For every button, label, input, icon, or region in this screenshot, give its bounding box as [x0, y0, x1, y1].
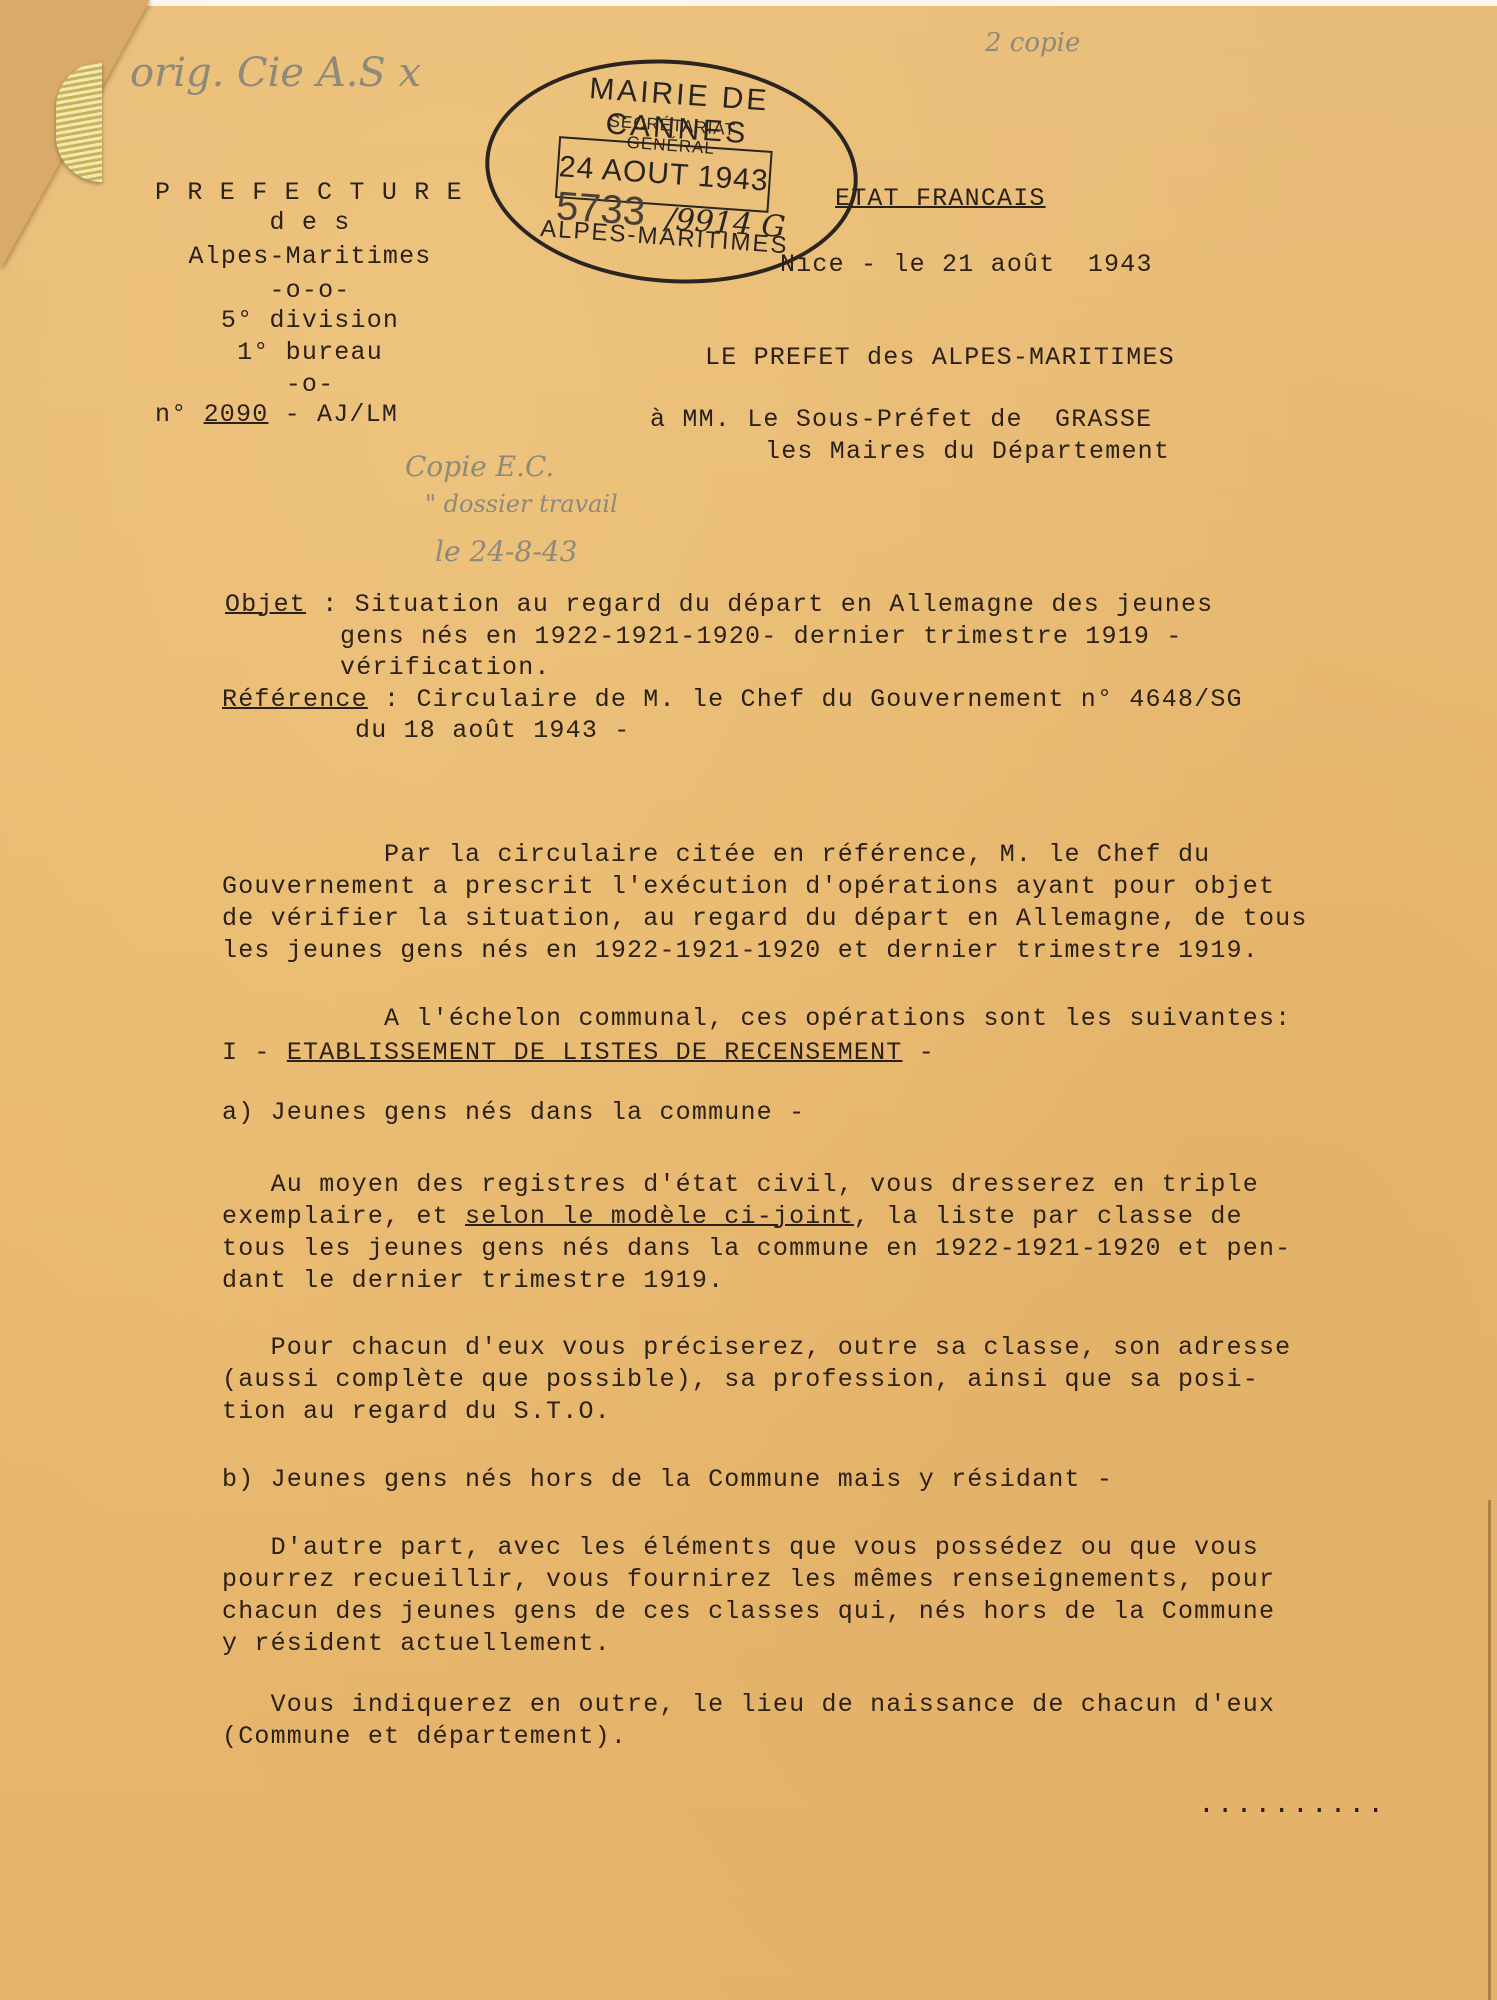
body-p5-line-2: pourrez recueillir, vous fournirez les m…: [222, 1565, 1275, 1594]
underlined-model-text: selon le modèle ci-joint: [465, 1202, 854, 1231]
body-p6-line-2: (Commune et département).: [222, 1722, 627, 1751]
prefecture-department: Alpes-Maritimes: [150, 242, 470, 271]
pencil-note-date: le 24-8-43: [435, 535, 577, 568]
separator: -o-o-: [150, 276, 470, 305]
subsection-a: a) Jeunes gens nés dans la commune -: [222, 1098, 805, 1127]
body-p3-line-1: Au moyen des registres d'état civil, vou…: [222, 1170, 1259, 1199]
objet-line-2: gens nés en 1922-1921-1920- dernier trim…: [340, 622, 1183, 651]
body-p1-line-1: Par la circulaire citée en référence, M.…: [222, 840, 1210, 869]
body-p6-line-1: Vous indiquerez en outre, le lieu de nai…: [222, 1690, 1275, 1719]
objet-text: Situation au regard du départ en Allemag…: [355, 590, 1214, 619]
body-p5-line-1: D'autre part, avec les éléments que vous…: [222, 1533, 1259, 1562]
objet-label: Objet: [225, 590, 306, 619]
section-title: ETABLISSEMENT DE LISTES DE RECENSEMENT: [287, 1038, 903, 1067]
section-heading: I - ETABLISSEMENT DE LISTES DE RECENSEME…: [222, 1038, 935, 1067]
etat-francais: ETAT FRANCAIS: [835, 184, 1046, 213]
ref-prefix: n°: [155, 400, 187, 429]
pencil-note-copy-ec: Copie E.C.: [405, 450, 554, 483]
text: exemplaire, et: [222, 1202, 465, 1231]
reference-label: Référence: [222, 685, 368, 714]
text: , la liste par classe de: [854, 1202, 1243, 1231]
place-date: Nice - le 21 août 1943: [780, 250, 1153, 279]
recipient-line-1: à MM. Le Sous-Préfet de GRASSE: [650, 405, 1152, 434]
body-p2: A l'échelon communal, ces opérations son…: [222, 1004, 1291, 1033]
continuation-dots: ..........: [1198, 1790, 1386, 1821]
recipient-line-2: les Maires du Département: [765, 437, 1170, 466]
body-p5-line-4: y résident actuellement.: [222, 1629, 611, 1658]
scan-top-edge: [110, 0, 1497, 6]
pencil-note-orig: orig. Cie A.S x: [130, 50, 421, 96]
page-edge: [1488, 1500, 1491, 2000]
reference-number: n° 2090 - AJ/LM: [155, 400, 398, 429]
body-p4-line-1: Pour chacun d'eux vous préciserez, outre…: [222, 1333, 1291, 1362]
section-dash: -: [903, 1038, 935, 1067]
bureau: 1° bureau: [150, 338, 470, 367]
separator: -o-: [150, 370, 470, 399]
ref-suffix: - AJ/LM: [285, 400, 398, 429]
sep: :: [368, 685, 417, 714]
reference-text: Circulaire de M. le Chef du Gouvernement…: [416, 685, 1242, 714]
division: 5° division: [150, 306, 470, 335]
body-p4-line-2: (aussi complète que possible), sa profes…: [222, 1365, 1259, 1394]
body-p3-line-3: tous les jeunes gens nés dans la commune…: [222, 1234, 1291, 1263]
body-p3-line-2: exemplaire, et selon le modèle ci-joint,…: [222, 1202, 1243, 1231]
subsection-b: b) Jeunes gens nés hors de la Commune ma…: [222, 1465, 1113, 1494]
reference-line-2: du 18 août 1943 -: [355, 716, 630, 745]
body-p5-line-3: chacun des jeunes gens de ces classes qu…: [222, 1597, 1275, 1626]
sep: :: [306, 590, 355, 619]
ref-number: 2090: [204, 400, 269, 429]
objet-line-1: Objet : Situation au regard du départ en…: [225, 590, 1213, 619]
objet-line-3: vérification.: [340, 653, 551, 682]
body-p3-line-4: dant le dernier trimestre 1919.: [222, 1266, 724, 1295]
body-p4-line-3: tion au regard du S.T.O.: [222, 1397, 611, 1426]
pencil-note-dossier: " dossier travail: [425, 490, 618, 518]
prefecture-of: d e s: [150, 208, 470, 237]
body-p1-line-4: les jeunes gens nés en 1922-1921-1920 et…: [222, 936, 1259, 965]
body-p1-line-3: de vérifier la situation, au regard du d…: [222, 904, 1308, 933]
reference-line-1: Référence : Circulaire de M. le Chef du …: [222, 685, 1243, 714]
pencil-note-copies: 2 copie: [985, 28, 1080, 58]
section-number: I -: [222, 1038, 287, 1067]
body-p1-line-2: Gouvernement a prescrit l'exécution d'op…: [222, 872, 1275, 901]
sender: LE PREFET des ALPES-MARITIMES: [705, 343, 1175, 372]
prefecture-title: P R E F E C T U R E: [155, 178, 463, 207]
